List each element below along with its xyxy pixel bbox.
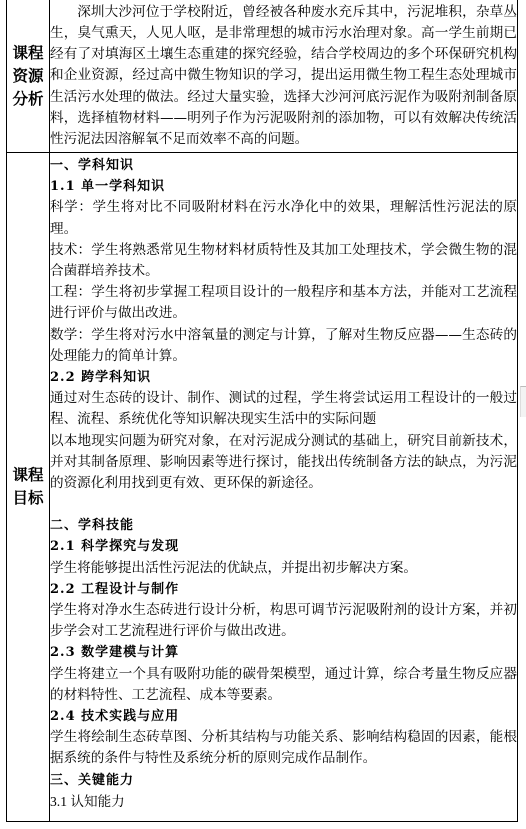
content-cell-course-goals: 一、学科知识 1.1 单一学科知识 科学：学生将对比不同吸附材料在污水净化中的效… xyxy=(50,153,518,822)
engineering-design-text: 学生将对净水生态砖进行设计分析，构思可调节污泥吸附剂的设计方案，并初步学会对工艺… xyxy=(50,600,517,642)
subheading-single-subject: 1.1 单一学科知识 xyxy=(50,176,517,197)
math-modeling-text: 学生将建立一个具有吸附功能的碳骨架模型，通过计算，综合考量生物反应器的材料特性、… xyxy=(50,664,517,706)
cross-subject-text-2: 以本地现实问题为研究对象，在对污泥成分测试的基础上，研究目前新技术，并对其制备原… xyxy=(50,431,517,495)
section-heading-subject-knowledge: 一、学科知识 xyxy=(50,155,517,176)
subheading-engineering-design: 2.2 工程设计与制作 xyxy=(50,579,517,600)
section-heading-subject-skills: 二、学科技能 xyxy=(50,515,517,536)
content-cell-resource-analysis: 深圳大沙河位于学校附近，曾经被各种废水充斥其中，污泥堆积，杂草丛生，臭气熏天，人… xyxy=(50,0,518,153)
subheading-math-modeling: 2.3 数学建模与计算 xyxy=(50,642,517,663)
label-line: 课程 xyxy=(7,42,49,65)
label-line: 课程 xyxy=(7,464,49,487)
goal-science: 科学：学生将对比不同吸附材料在污水净化中的效果，理解活性污泥法的原理。 xyxy=(50,197,517,239)
label-cell-resource-analysis: 课程 资源 分析 xyxy=(7,0,50,153)
scrollbar-fragment xyxy=(520,386,526,417)
blank-line xyxy=(50,494,517,515)
label-line: 目标 xyxy=(7,487,49,510)
goal-math: 数学：学生将对污水中溶氧量的测定与计算，了解对生物反应器——生态砖的处理能力的简… xyxy=(50,325,517,367)
cross-subject-text-1: 通过对生态砖的设计、制作、测试的过程，学生将尝试运用工程设计的一般过程、流程、系… xyxy=(50,388,517,430)
subheading-scientific-inquiry: 2.1 科学探究与发现 xyxy=(50,536,517,557)
goal-engineering: 工程：学生将初步掌握工程项目设计的一般程序和基本方法，并能对工艺流程进行评价与做… xyxy=(50,282,517,324)
table-row-resource-analysis: 课程 资源 分析 深圳大沙河位于学校附近，曾经被各种废水充斥其中，污泥堆积，杂草… xyxy=(7,0,518,153)
label-cell-course-goals: 课程 目标 xyxy=(7,153,50,822)
label-line: 分析 xyxy=(7,88,49,111)
subheading-cognitive-ability: 3.1 认知能力 xyxy=(50,791,517,812)
resource-analysis-paragraph: 深圳大沙河位于学校附近，曾经被各种废水充斥其中，污泥堆积，杂草丛生，臭气熏天，人… xyxy=(50,2,517,150)
scientific-inquiry-text: 学生将能够提出活性污泥法的优缺点，并提出初步解决方案。 xyxy=(50,558,517,579)
table-row-course-goals: 课程 目标 一、学科知识 1.1 单一学科知识 科学：学生将对比不同吸附材料在污… xyxy=(7,153,518,822)
tech-practice-text: 学生将绘制生态砖草图、分析其结构与功能关系、影响结构稳固的因素，能根据系统的条件… xyxy=(50,727,517,769)
section-heading-key-abilities: 三、关键能力 xyxy=(50,770,517,791)
course-design-table: 课程 资源 分析 深圳大沙河位于学校附近，曾经被各种废水充斥其中，污泥堆积，杂草… xyxy=(6,0,518,822)
subheading-tech-practice: 2.4 技术实践与应用 xyxy=(50,706,517,727)
label-line: 资源 xyxy=(7,65,49,88)
subheading-cross-subject: 2.2 跨学科知识 xyxy=(50,367,517,388)
goal-technology: 技术：学生将熟悉常见生物材料材质特性及其加工处理技术，学会微生物的混合菌群培养技… xyxy=(50,240,517,282)
